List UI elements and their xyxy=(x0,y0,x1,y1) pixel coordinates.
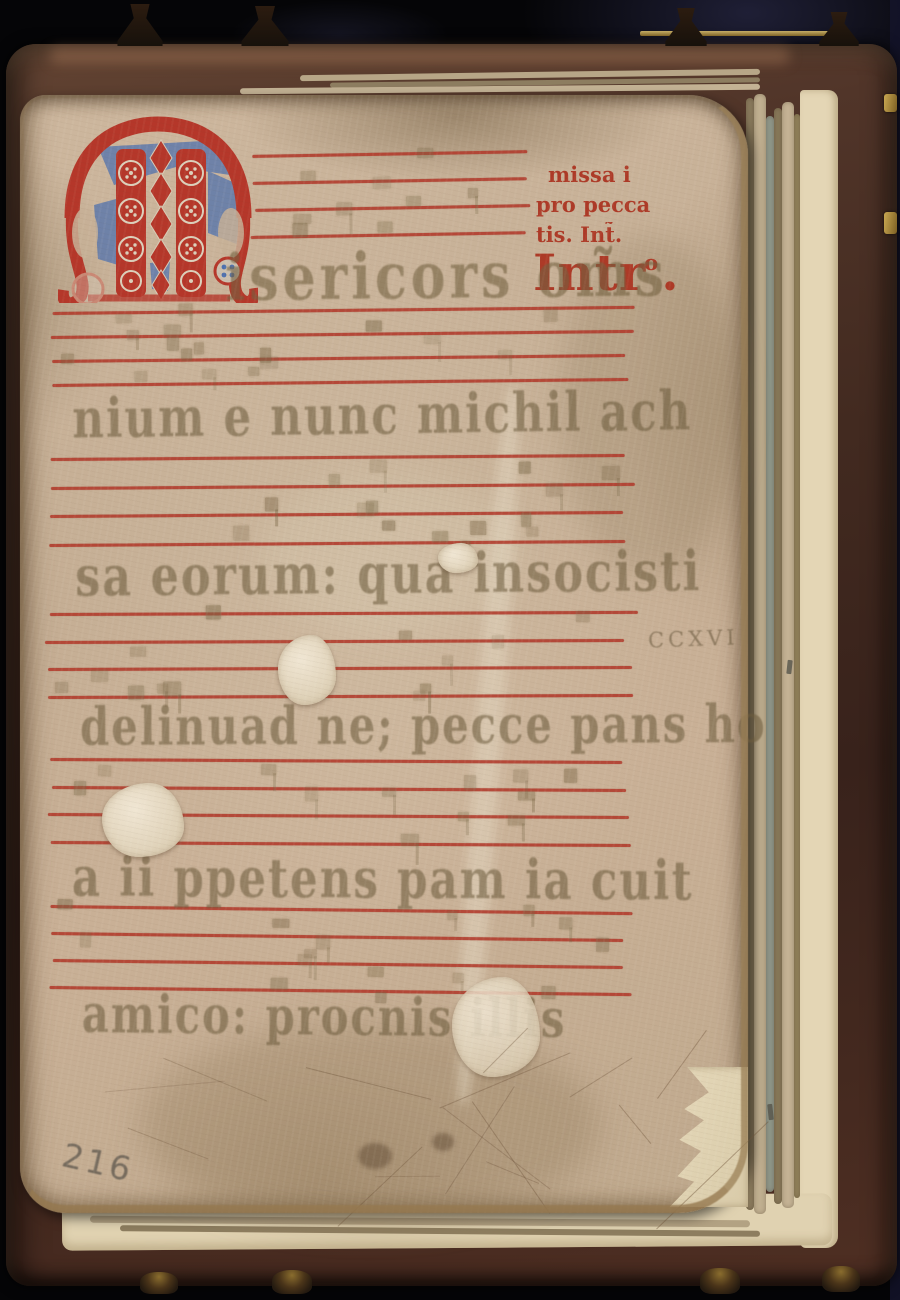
neume-tail xyxy=(532,799,535,812)
neume xyxy=(91,670,108,682)
neume-tail xyxy=(525,781,528,798)
chant-text-line: a ii ppetens pam ia cuit xyxy=(72,845,694,913)
neume-tail xyxy=(190,313,193,332)
clasp-strip xyxy=(640,31,830,36)
crack-line xyxy=(375,1176,440,1177)
neume-tail xyxy=(450,663,453,686)
music-staff xyxy=(45,603,635,708)
damage-patch xyxy=(278,635,336,705)
binding-boss xyxy=(700,1268,740,1294)
neume xyxy=(526,527,538,538)
page-edge xyxy=(774,108,782,1204)
page-edge xyxy=(766,116,774,1192)
manuscript-page: missa i pro pecca tis. Int̃. Intro. iser… xyxy=(20,95,748,1213)
neume xyxy=(293,223,308,237)
neume xyxy=(194,342,204,355)
binding-boss xyxy=(116,4,164,46)
crack-line xyxy=(445,1087,515,1195)
neume xyxy=(406,196,421,206)
chant-text-line: isericors om̃s xyxy=(225,235,668,315)
neume xyxy=(301,171,317,181)
neume xyxy=(115,314,131,323)
neume-tail xyxy=(383,471,386,493)
clasp-remnant xyxy=(884,212,897,234)
neume xyxy=(417,148,433,158)
neume xyxy=(181,349,192,361)
crack-line xyxy=(128,1128,208,1160)
staff-line xyxy=(48,666,632,671)
neume xyxy=(98,765,112,776)
neume-tail xyxy=(531,914,534,926)
neume xyxy=(367,967,383,977)
crack-line xyxy=(306,1067,431,1100)
staff-line xyxy=(255,204,530,212)
chant-text-line: nium e nunc michil ach xyxy=(72,379,692,451)
binding-boss xyxy=(272,1270,312,1294)
neume xyxy=(399,631,412,640)
neume-tail xyxy=(308,963,311,978)
ink-spot xyxy=(432,1133,454,1151)
crack-line xyxy=(105,1081,225,1093)
neume xyxy=(329,474,340,487)
clasp-remnant xyxy=(884,94,897,112)
neume-tail xyxy=(314,956,317,980)
neume xyxy=(366,320,382,332)
neume-tail xyxy=(273,774,276,792)
neume-tail xyxy=(475,196,478,214)
ink-spot xyxy=(358,1143,392,1169)
neume xyxy=(377,221,392,233)
neume-tail xyxy=(315,799,318,819)
staff-line xyxy=(52,354,625,363)
neume-tail xyxy=(522,824,525,841)
neume-tail xyxy=(569,927,572,942)
neume-tail xyxy=(437,342,440,362)
staff-line xyxy=(53,959,623,969)
neume-tail xyxy=(454,918,457,931)
leather-highlight xyxy=(50,48,790,64)
neume xyxy=(519,461,531,473)
neume xyxy=(373,177,391,189)
staff-line xyxy=(45,638,624,643)
crack-line xyxy=(443,1107,551,1190)
neume xyxy=(491,635,503,648)
neume xyxy=(248,366,259,375)
music-staff xyxy=(249,142,533,248)
neume xyxy=(464,775,476,790)
rubric-line-2: pro pecca xyxy=(536,191,650,220)
neume-tail xyxy=(136,338,139,350)
rubric-line-1: missa i xyxy=(548,161,631,190)
binding-boss xyxy=(822,1266,860,1292)
neume xyxy=(58,899,73,910)
neume xyxy=(357,502,374,516)
neume-tail xyxy=(560,494,563,510)
neume-tail xyxy=(327,947,330,964)
binding-boss xyxy=(140,1272,178,1294)
crack-line xyxy=(163,1058,267,1102)
neume xyxy=(576,611,590,622)
crack-line xyxy=(657,1030,707,1099)
staff-line xyxy=(252,150,527,158)
chant-text-line: sa eorum: qua insocisti xyxy=(75,540,701,610)
flyleaf-paper xyxy=(800,90,838,1248)
neume xyxy=(470,521,486,535)
crack-line xyxy=(569,1057,632,1097)
page-edge xyxy=(782,102,794,1208)
neume xyxy=(272,918,289,928)
neume-tail xyxy=(509,357,512,375)
folio-number-pencil: 216 xyxy=(59,1135,138,1189)
damage-patch xyxy=(438,543,478,573)
crack-line xyxy=(618,1104,651,1143)
chant-text-line: delinuad ne; pecce pans ho xyxy=(80,695,767,758)
neume xyxy=(134,371,147,382)
neume-tail xyxy=(393,795,396,815)
staff-line xyxy=(51,932,623,942)
neume xyxy=(61,354,74,364)
photograph-of-manuscript: missa i pro pecca tis. Int̃. Intro. iser… xyxy=(0,0,900,1300)
neume xyxy=(233,526,249,541)
music-staff xyxy=(48,446,633,556)
neume xyxy=(382,521,396,530)
neume-tail xyxy=(350,214,353,235)
neume-tail xyxy=(275,509,278,526)
neume xyxy=(80,933,91,948)
neume xyxy=(564,769,577,783)
neume xyxy=(521,513,531,527)
neume xyxy=(164,325,181,337)
staff-line xyxy=(50,511,623,518)
neume xyxy=(55,682,68,693)
page-edge xyxy=(794,114,800,1198)
neume xyxy=(130,647,146,657)
folio-number-ink: CCXVI xyxy=(648,625,739,652)
neume xyxy=(596,938,609,952)
neume xyxy=(74,782,86,795)
page-edge xyxy=(754,94,766,1214)
staff-line xyxy=(51,454,625,461)
damage-patch xyxy=(102,783,184,857)
neume-tail xyxy=(617,478,620,496)
staff-line xyxy=(50,611,638,616)
neume-tail xyxy=(466,819,469,835)
neume xyxy=(260,356,278,368)
staff-line xyxy=(50,758,622,764)
neume xyxy=(167,337,179,351)
